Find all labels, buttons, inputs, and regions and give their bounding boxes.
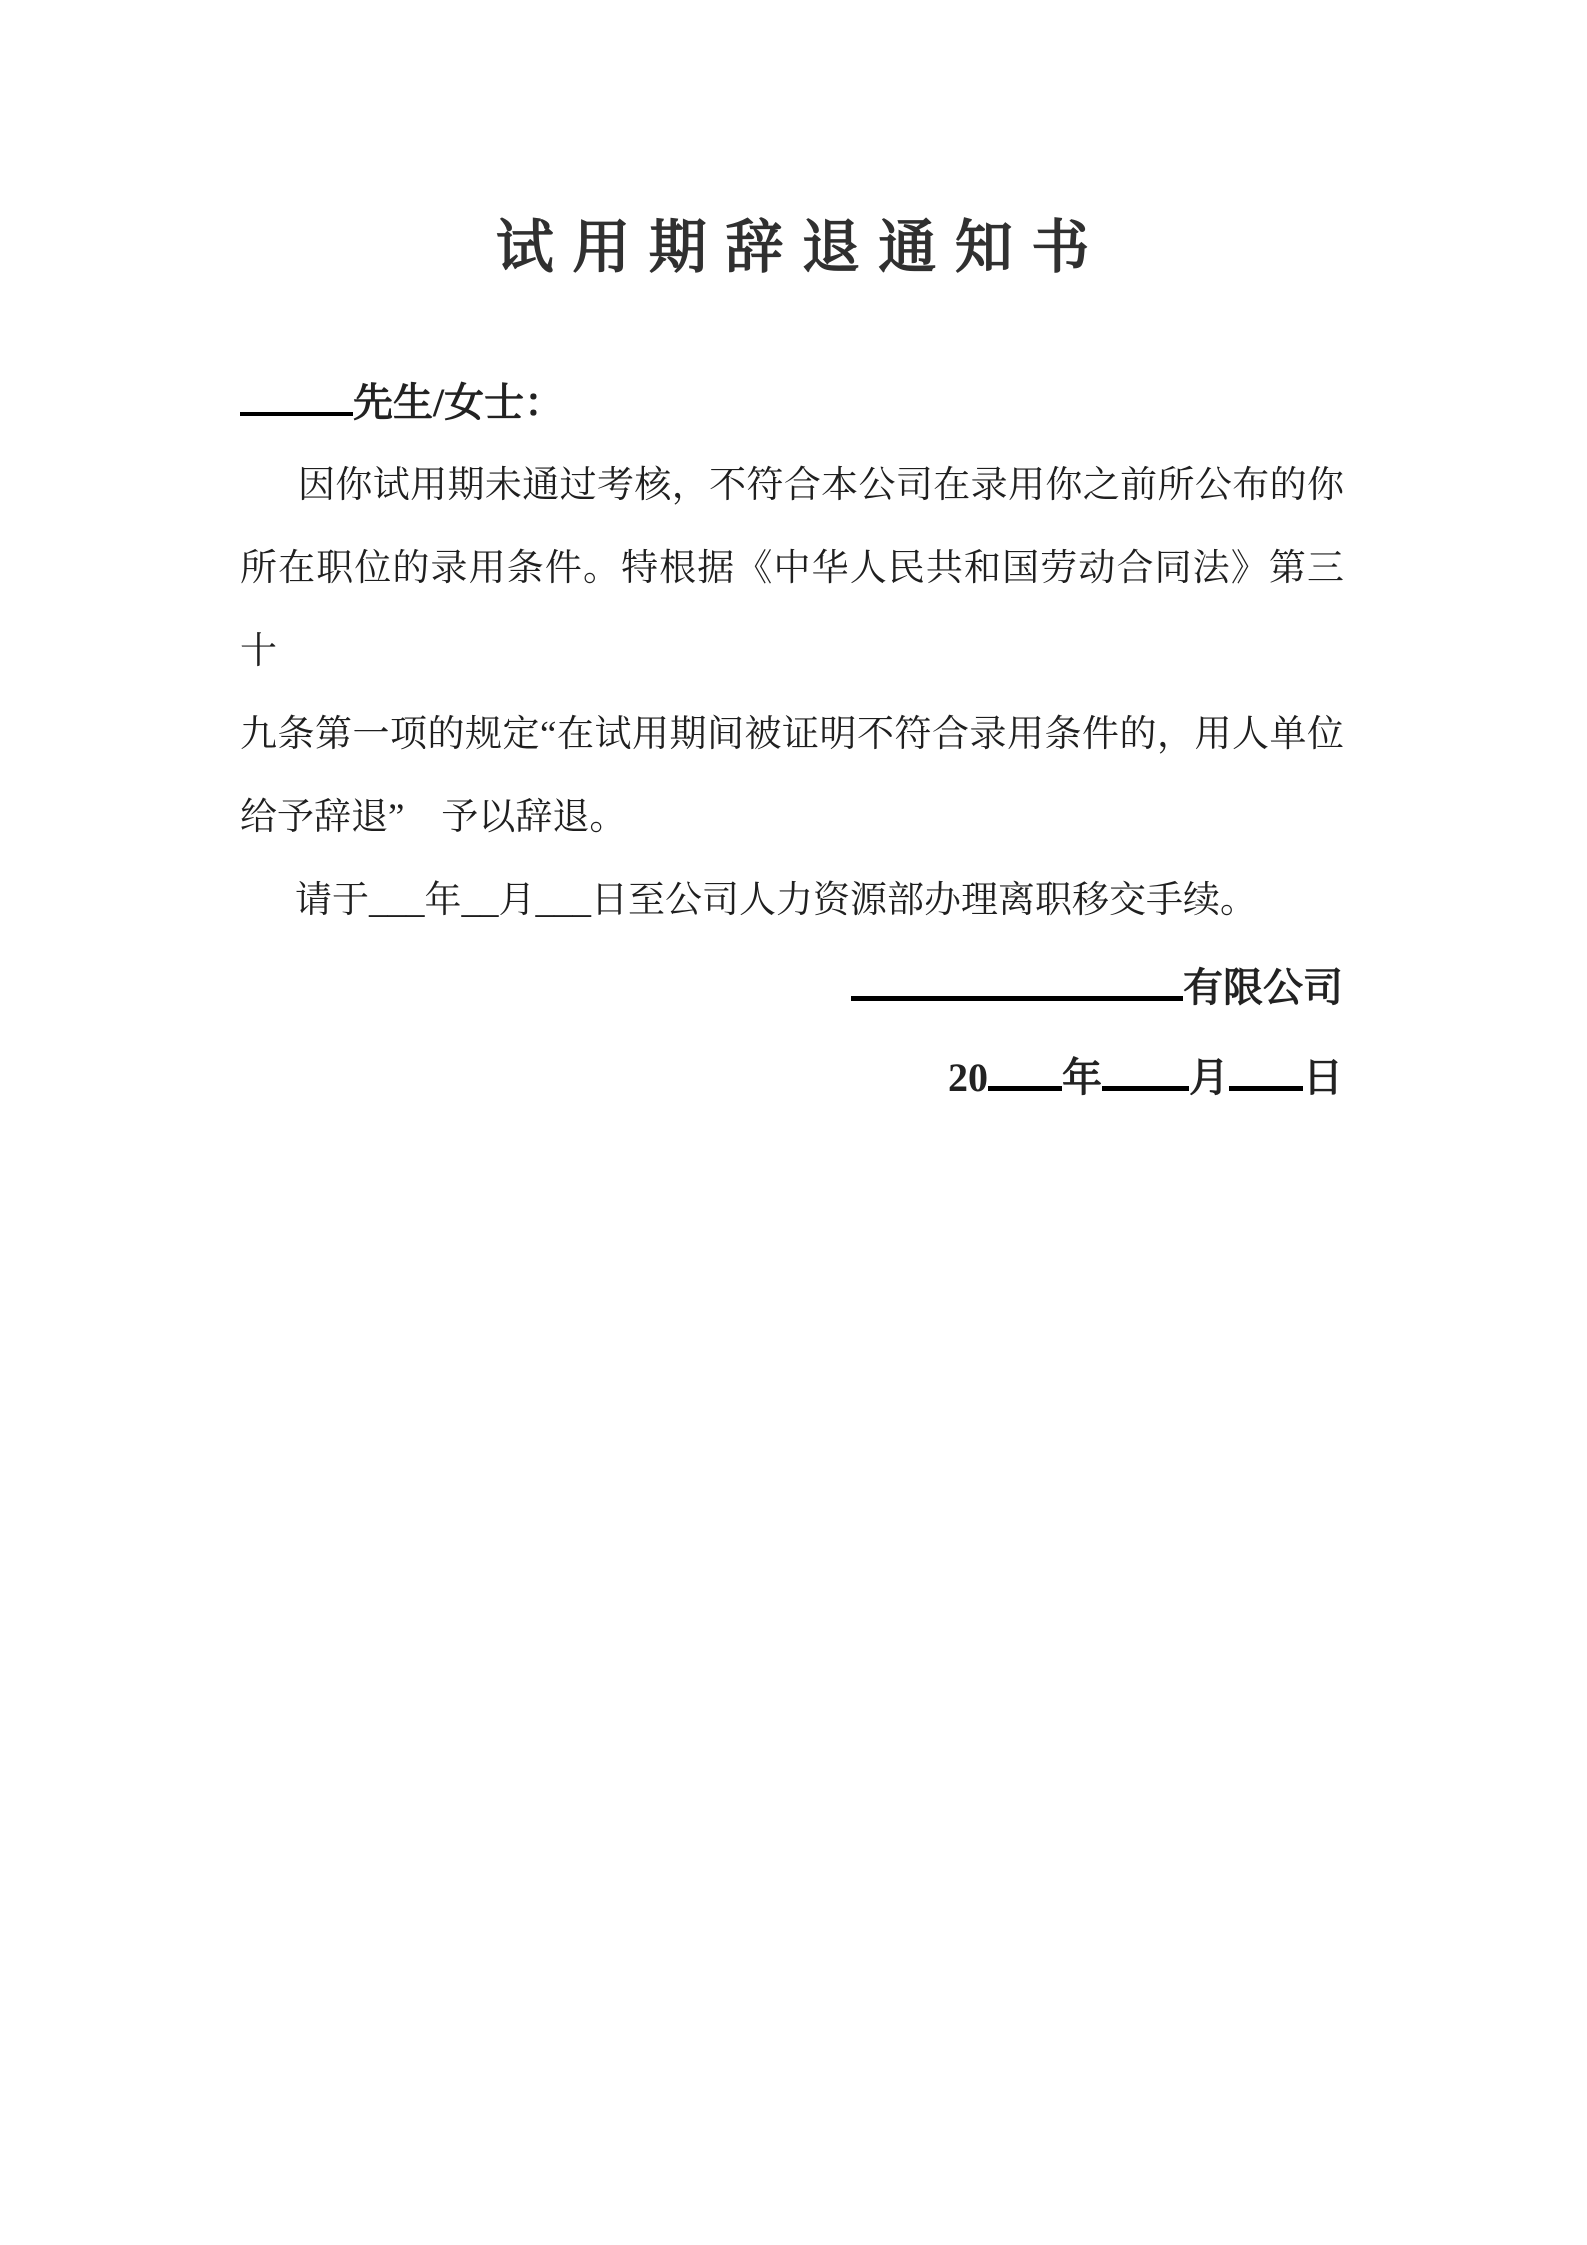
body-paragraph-line: 所在职位的录用条件。特根据《中华人民共和国劳动合同法》第三十 [240,527,1344,693]
body-paragraph-line: 九条第一项的规定“在试用期间被证明不符合录用条件的，用人单位 [240,693,1344,776]
day-label: 日 [1303,1055,1343,1100]
salutation-line: 先生/女士： [240,376,564,427]
company-suffix-label: 有限公司 [1183,965,1343,1010]
month-label: 月 [1189,1055,1229,1100]
company-name-blank-line [851,956,1183,1001]
body-paragraph-line: 给予辞退” 予以辞退。 [240,776,1344,859]
body-text-block: 因你试用期未通过考核，不符合本公司在录用你之前所公布的你 所在职位的录用条件。特… [240,444,1344,942]
date-year-prefix: 20 [948,1055,988,1100]
month-blank-line [1102,1048,1189,1091]
recipient-name-blank-line [240,376,353,416]
year-label: 年 [1062,1055,1102,1100]
signature-line: 有限公司 [851,956,1343,1014]
salutation-label: 先生/女士： [353,380,564,425]
notice-document-page: 试 用 期 辞 退 通 知 书 先生/女士： 因你试用期未通过考核，不符合本公司… [0,0,1587,2245]
day-blank-line [1229,1048,1303,1091]
body-paragraph-line: 因你试用期未通过考核，不符合本公司在录用你之前所公布的你 [240,444,1344,527]
handover-instruction-line: 请于___年__月___日至公司人力资源部办理离职移交手续。 [240,859,1344,942]
year-blank-line [988,1048,1062,1091]
date-line: 20年月日 [948,1048,1343,1104]
document-title: 试 用 期 辞 退 通 知 书 [0,200,1587,284]
